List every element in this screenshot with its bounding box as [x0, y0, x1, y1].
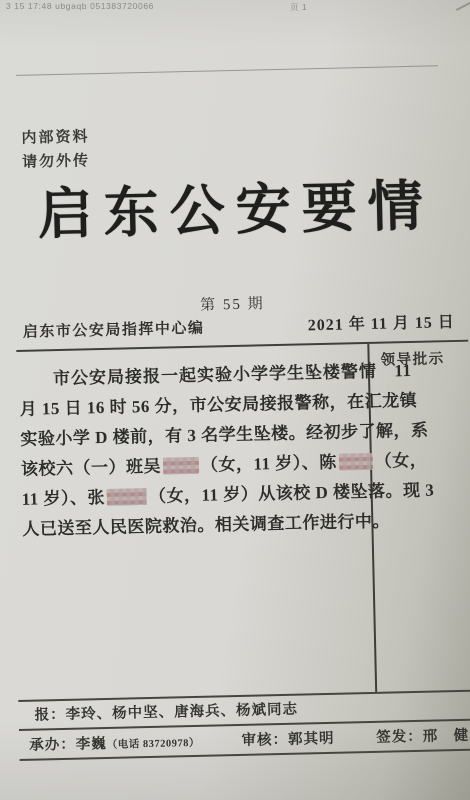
photo-meta-strip: 3 15 17:48 ubgaqb 051383720066 页 1: [6, 1, 466, 13]
redacted-name-block: [163, 457, 199, 475]
body-text-segment: 实验小学 D 楼前，有 3 名学生坠楼。经初步了解，系: [20, 421, 429, 449]
page-number: 页 1: [290, 1, 307, 13]
bulletin-page: 内部资料 请勿外传 启东公安要情 第 55 期 启东市公安局指挥中心编 2021…: [0, 43, 470, 798]
body-text-segment: 月 15 日 16 时 56 分，市公安局接报警称，在汇龙镇: [19, 391, 417, 419]
reviewer-field: 审核：郭其明: [241, 727, 335, 753]
classification-notice: 内部资料 请勿外传: [21, 125, 90, 175]
body-text-segment: 人已送至人民医院救治。相关调查工作进行中。: [22, 512, 390, 539]
bulletin-body-text: 市公安局接报一起实验小学学生坠楼警情 11月 15 日 16 时 56 分，市公…: [19, 357, 373, 545]
classification-line-1: 内部资料: [21, 125, 90, 151]
organizer-name: 承办：李巍: [29, 736, 107, 754]
paper-crease-line: [16, 65, 438, 76]
body-text-segment: 11 岁）、张: [22, 488, 106, 509]
body-text-segment: （女，: [375, 451, 428, 471]
issue-date: 2021 年 11 月 15 日: [307, 309, 455, 335]
redacted-name-block: [107, 488, 147, 506]
body-text-segment: （女，11 岁）从该校 D 楼坠落。现 3: [149, 480, 435, 505]
body-text-segment: 市公安局接报一起实验小学学生坠楼警情: [53, 362, 377, 388]
document-photo: 3 15 17:48 ubgaqb 051383720066 页 1 内部资料 …: [0, 0, 470, 800]
body-text-segment: 11: [377, 361, 412, 381]
photo-meta-text: 3 15 17:48 ubgaqb 051383720066: [6, 1, 154, 11]
document-title: 启东公安要情: [0, 161, 466, 251]
issuer-field: 签发：邢 健: [376, 724, 470, 750]
organizer-phone: （电话 83720978）: [107, 738, 200, 751]
body-text-segment: （女，11 岁）、陈: [201, 453, 337, 475]
redacted-name-block: [339, 453, 373, 471]
body-text-segment: 该校六（一）班吴: [21, 457, 161, 479]
editor-name: 启东市公安局指挥中心编: [23, 317, 205, 342]
